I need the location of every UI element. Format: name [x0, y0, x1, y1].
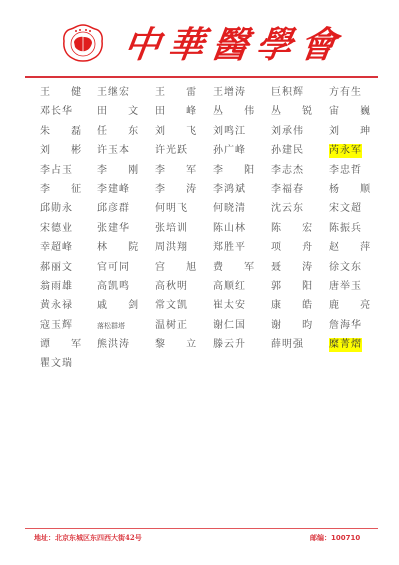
name-row: 李占玉李 刚李 军李 阳李志杰李忠哲 — [0, 164, 399, 183]
member-name: 高秋明 — [155, 280, 188, 294]
member-name: 宋德业 — [40, 222, 73, 236]
member-name: 落松群塔 — [97, 319, 125, 333]
member-name: 丛 锐 — [271, 105, 321, 119]
member-name: 鹿 亮 — [329, 299, 379, 313]
association-title: 中華醫學會 — [121, 22, 347, 68]
member-name: 官可同 — [97, 261, 130, 275]
member-name: 戚 剑 — [97, 299, 147, 313]
footer-address: 地址：北京东城区东四西大街42号 — [34, 533, 142, 543]
name-row: 寇玉辉落松群塔温树正谢仁国谢 昀詹海华 — [0, 319, 399, 338]
name-row: 邱勋永邱彦群何明飞何晓清沈云东宋文超 — [0, 202, 399, 221]
member-name: 幸超峰 — [40, 241, 73, 255]
member-name: 邱彦群 — [97, 202, 130, 216]
member-name: 杨 顺 — [329, 183, 379, 197]
member-name: 唐举玉 — [329, 280, 362, 294]
member-name: 李忠哲 — [329, 164, 362, 178]
member-name: 张培训 — [155, 222, 188, 236]
member-name: 郑胜平 — [213, 241, 246, 255]
member-name: 常文凯 — [155, 299, 188, 313]
member-name: 王增涛 — [213, 86, 246, 100]
member-name: 周洪翔 — [155, 241, 188, 255]
member-name: 李鸿斌 — [213, 183, 246, 197]
member-name: 田 文 — [97, 105, 147, 119]
member-name: 田 峰 — [155, 105, 205, 119]
member-name: 薛明强 — [271, 338, 304, 352]
member-name: 熊洪涛 — [97, 338, 130, 352]
member-name: 黎 立 — [155, 338, 205, 352]
footer-postcode: 邮编：100710 — [310, 533, 360, 543]
member-name: 丛 伟 — [213, 105, 263, 119]
member-name: 宋文超 — [329, 202, 362, 216]
member-name: 詹海华 — [329, 319, 362, 333]
member-name: 许光跃 — [155, 144, 188, 158]
name-row: 李 征李建峰李 涛李鸿斌李福春杨 顺 — [0, 183, 399, 202]
name-row: 幸超峰林 院周洪翔郑胜平项 舟赵 萍 — [0, 241, 399, 260]
member-name: 宙 巍 — [329, 105, 379, 119]
member-name: 项 舟 — [271, 241, 321, 255]
member-name: 陈振兵 — [329, 222, 362, 236]
name-row: 郝丽文官可同宫 旭费 军聂 涛徐文东 — [0, 261, 399, 280]
member-name: 李志杰 — [271, 164, 304, 178]
name-row: 谭 军熊洪涛黎 立滕云升薛明强糜菁熠 — [0, 338, 399, 357]
member-name: 陈 宏 — [271, 222, 321, 236]
member-name: 陈山林 — [213, 222, 246, 236]
member-name: 郭 阳 — [271, 280, 321, 294]
member-name: 李福春 — [271, 183, 304, 197]
member-name: 滕云升 — [213, 338, 246, 352]
member-name: 聂 涛 — [271, 261, 321, 275]
name-row: 翁雨雄高凯鸣高秋明高顺红郭 阳唐举玉 — [0, 280, 399, 299]
member-name: 李 军 — [155, 164, 205, 178]
member-name: 高凯鸣 — [97, 280, 130, 294]
name-row: 宋德业张建华张培训陈山林陈 宏陈振兵 — [0, 222, 399, 241]
member-name: 沈云东 — [271, 202, 304, 216]
member-name: 赵 萍 — [329, 241, 379, 255]
member-name: 刘鸣江 — [213, 125, 246, 139]
member-name: 邱勋永 — [40, 202, 73, 216]
member-name: 方有生 — [329, 86, 362, 100]
member-name: 李 征 — [40, 183, 90, 197]
member-name: 高顺红 — [213, 280, 246, 294]
header-divider — [25, 76, 378, 78]
name-row: 瞿文瑞 — [0, 357, 399, 376]
member-name: 谭 军 — [40, 338, 90, 352]
member-name: 徐文东 — [329, 261, 362, 275]
member-name: 刘 彬 — [40, 144, 90, 158]
member-name: 瞿文瑞 — [40, 357, 73, 371]
name-row: 刘 彬许玉本许光跃孙广峰孙建民芮永军 — [0, 144, 399, 163]
member-name: 孙广峰 — [213, 144, 246, 158]
association-seal-icon — [62, 24, 104, 62]
member-name: 朱 磊 — [40, 125, 90, 139]
member-name: 崔太安 — [213, 299, 246, 313]
member-name: 宫 旭 — [155, 261, 205, 275]
member-name: 王继宏 — [97, 86, 130, 100]
member-name: 李 刚 — [97, 164, 147, 178]
member-name: 巨积辉 — [271, 86, 304, 100]
member-name: 林 院 — [97, 241, 147, 255]
footer-divider — [25, 528, 378, 529]
member-name: 孙建民 — [271, 144, 304, 158]
member-name: 李 涛 — [155, 183, 205, 197]
member-name: 李建峰 — [97, 183, 130, 197]
member-name: 王 健 — [40, 86, 90, 100]
member-name: 刘 飞 — [155, 125, 205, 139]
member-name-grid: 王 健王继宏王 雷王增涛巨积辉方有生邓长华田 文田 峰丛 伟丛 锐宙 巍朱 磊任… — [0, 86, 399, 377]
member-name: 刘承伟 — [271, 125, 304, 139]
member-name: 刘 珅 — [329, 125, 379, 139]
member-name: 谢仁国 — [213, 319, 246, 333]
member-name: 邓长华 — [40, 105, 73, 119]
name-row: 邓长华田 文田 峰丛 伟丛 锐宙 巍 — [0, 105, 399, 124]
member-name: 许玉本 — [97, 144, 130, 158]
member-name: 何晓清 — [213, 202, 246, 216]
member-name: 李 阳 — [213, 164, 263, 178]
member-name: 张建华 — [97, 222, 130, 236]
letterhead: 中華醫學會 — [0, 0, 399, 80]
member-name: 郝丽文 — [40, 261, 73, 275]
member-name: 何明飞 — [155, 202, 188, 216]
member-name: 李占玉 — [40, 164, 73, 178]
name-row: 王 健王继宏王 雷王增涛巨积辉方有生 — [0, 86, 399, 105]
member-name: 康 皓 — [271, 299, 321, 313]
member-name: 翁雨雄 — [40, 280, 73, 294]
member-name: 温树正 — [155, 319, 188, 333]
member-name: 糜菁熠 — [329, 338, 362, 352]
member-name: 谢 昀 — [271, 319, 321, 333]
name-row: 黄永禄戚 剑常文凯崔太安康 皓鹿 亮 — [0, 299, 399, 318]
member-name: 任 东 — [97, 125, 147, 139]
member-name: 黄永禄 — [40, 299, 73, 313]
member-name: 寇玉辉 — [40, 319, 73, 333]
member-name: 芮永军 — [329, 144, 362, 158]
member-name: 王 雷 — [155, 86, 205, 100]
name-row: 朱 磊任 东刘 飞刘鸣江刘承伟刘 珅 — [0, 125, 399, 144]
member-name: 费 军 — [213, 261, 263, 275]
